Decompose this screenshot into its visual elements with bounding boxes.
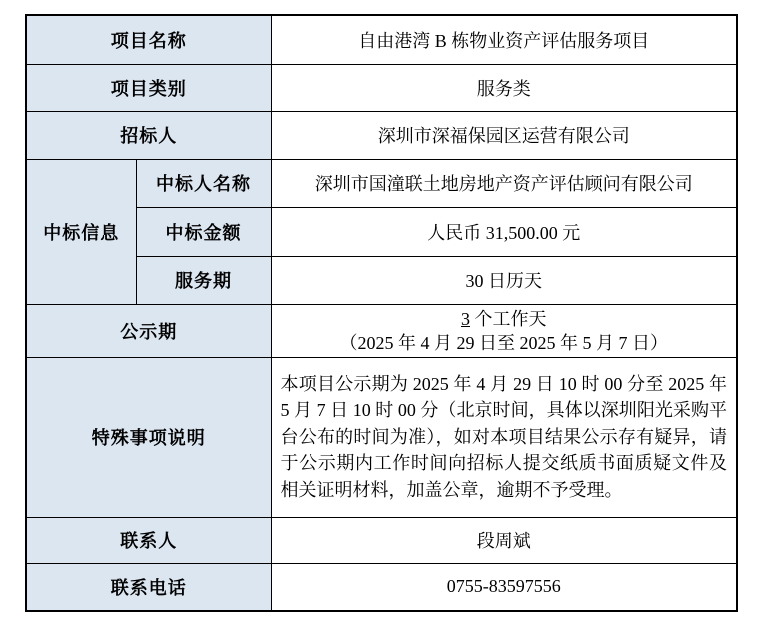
service-period-value: 30 日历天 — [271, 256, 737, 304]
tenderer-value: 深圳市深福保园区运营有限公司 — [271, 111, 737, 159]
row-contact-phone: 联系电话 0755-83597556 — [26, 563, 737, 611]
contact-person-value: 段周斌 — [271, 517, 737, 563]
bid-winner-label: 中标人名称 — [136, 159, 271, 207]
row-tenderer: 招标人 深圳市深福保园区运营有限公司 — [26, 111, 737, 159]
row-project-name: 项目名称 自由港湾 B 栋物业资产评估服务项目 — [26, 15, 737, 64]
service-period-label: 服务期 — [136, 256, 271, 304]
publicity-period-label: 公示期 — [26, 304, 271, 357]
bid-announcement-table: 项目名称 自由港湾 B 栋物业资产评估服务项目 项目类别 服务类 招标人 深圳市… — [25, 14, 738, 612]
tenderer-label: 招标人 — [26, 111, 271, 159]
project-name-value: 自由港湾 B 栋物业资产评估服务项目 — [271, 15, 737, 64]
row-publicity-period: 公示期 3 个工作天 （2025 年 4 月 29 日至 2025 年 5 月 … — [26, 304, 737, 357]
publicity-period-value: 3 个工作天 （2025 年 4 月 29 日至 2025 年 5 月 7 日） — [271, 304, 737, 357]
bid-winner-value: 深圳市国潼联土地房地产资产评估顾问有限公司 — [271, 159, 737, 207]
project-name-label: 项目名称 — [26, 15, 271, 64]
contact-phone-value: 0755-83597556 — [271, 563, 737, 611]
project-type-label: 项目类别 — [26, 64, 271, 111]
bid-amount-value: 人民币 31,500.00 元 — [271, 207, 737, 256]
publicity-days-line: 3 个工作天 — [278, 307, 731, 331]
publicity-date-range: （2025 年 4 月 29 日至 2025 年 5 月 7 日） — [278, 331, 731, 355]
publicity-days-number: 3 — [461, 309, 470, 329]
contact-phone-label: 联系电话 — [26, 563, 271, 611]
contact-person-label: 联系人 — [26, 517, 271, 563]
row-project-type: 项目类别 服务类 — [26, 64, 737, 111]
bid-announcement-document: 项目名称 自由港湾 B 栋物业资产评估服务项目 项目类别 服务类 招标人 深圳市… — [25, 14, 738, 612]
bid-info-group-label: 中标信息 — [26, 159, 136, 304]
row-contact-person: 联系人 段周斌 — [26, 517, 737, 563]
publicity-days-suffix: 个工作天 — [470, 309, 547, 329]
bid-amount-label: 中标金额 — [136, 207, 271, 256]
special-notes-value: 本项目公示期为 2025 年 4 月 29 日 10 时 00 分至 2025 … — [271, 357, 737, 517]
row-special-notes: 特殊事项说明 本项目公示期为 2025 年 4 月 29 日 10 时 00 分… — [26, 357, 737, 517]
special-notes-label: 特殊事项说明 — [26, 357, 271, 517]
project-type-value: 服务类 — [271, 64, 737, 111]
row-bid-winner: 中标信息 中标人名称 深圳市国潼联土地房地产资产评估顾问有限公司 — [26, 159, 737, 207]
